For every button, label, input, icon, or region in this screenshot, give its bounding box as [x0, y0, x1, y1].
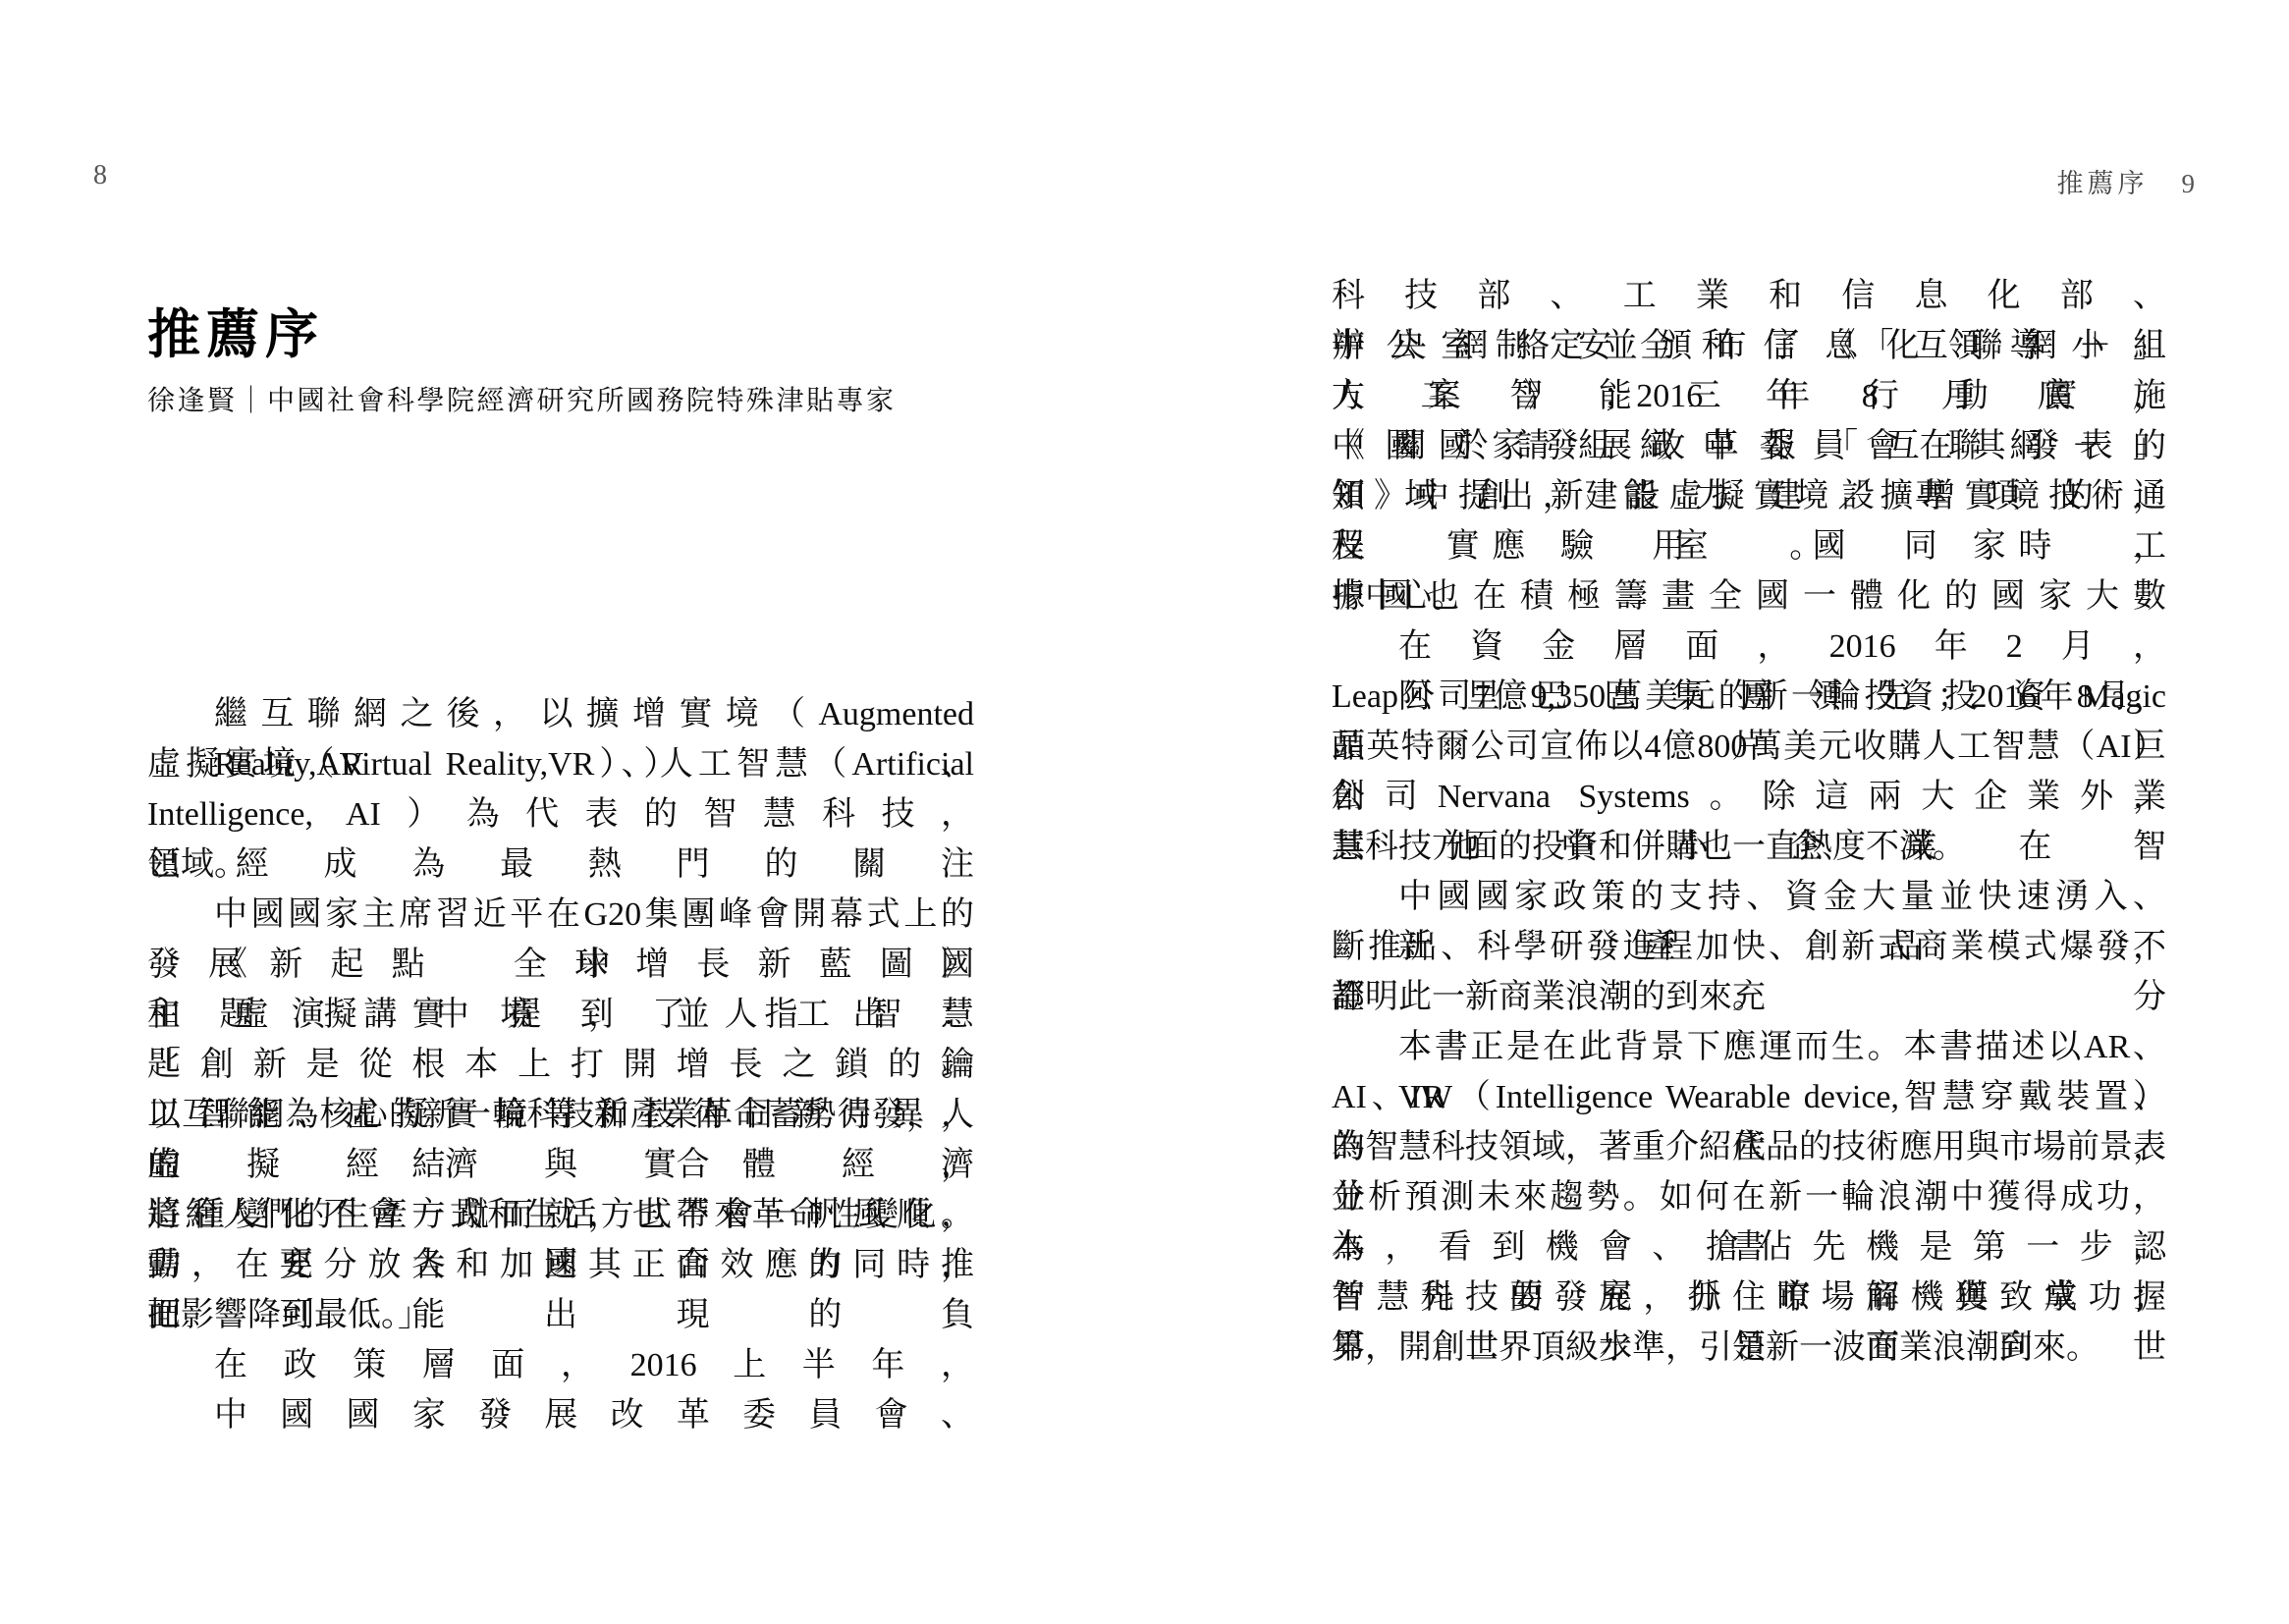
- text-line: 中國國家主席習近平在G20集團峰會開幕式上的《中國: [147, 890, 974, 940]
- text-line: 本書正是在此背景下應運而生。本書描述以AR、VR、: [1332, 1022, 2166, 1072]
- text-line: 公司Nervana Systems。除這兩大企業外，其他中小企業在智: [1332, 772, 2166, 822]
- text-line: 繼互聯網之後，以擴增實境（Augmented Reality,AR）、: [147, 689, 974, 739]
- right-running-head: 推薦序9: [1332, 162, 2195, 200]
- text-line: 為，看到機會、搶佔先機是第一步，首先要充分瞭解與掌握: [1332, 1222, 2166, 1272]
- text-line: 和虛擬實境，並指出：「創新是從根本上打開增長之鎖的鑰: [147, 990, 974, 1040]
- text-line: 科技部、工業和信息化部、中央網絡安全和信息化領導小組: [1332, 271, 2166, 321]
- text-line: 在政策層面，2016上半年，中國國家發展改革委員會、: [147, 1340, 974, 1390]
- text-line: 方案》；2016年8月底，中國國家發展改革委員會在其發表的: [1332, 371, 2166, 421]
- text-line: 中國國家政策的支持、資金大量並快速湧入、新產品不: [1332, 872, 2166, 922]
- text-line: 在資金層面，2016年2月，阿里巴巴集團領先投資Magic: [1332, 622, 2166, 672]
- right-page-number: 9: [2182, 169, 2196, 198]
- right-page-body: 科技部、工業和信息化部、中央網絡安全和信息化領導小組辦公室制定並頒布了《「互聯網…: [1332, 271, 2166, 1373]
- text-line: 辦公室制定並頒布了《「互聯網＋」人工智能三年行動實施: [1332, 321, 2166, 371]
- text-line: Leap公司7億9,350萬美元的新一輪投資；2016年8月，晶片巨: [1332, 672, 2166, 722]
- text-line: 智慧科技的發展，抓住市場商機獲致成功；第二步是面向世: [1332, 1272, 2166, 1323]
- text-line: 發展新起點 全球增長新藍圖》主題演講中提到了人工智慧: [147, 940, 974, 990]
- text-line: 知》中提出，建設虛擬實境／擴增實境技術，及應用國家工: [1332, 471, 2166, 521]
- text-line: 分析預測未來趨勢。如何在新一輪浪潮中獲得成功，本書認: [1332, 1172, 2166, 1222]
- left-page-body: 繼互聯網之後，以擴增實境（Augmented Reality,AR）、虛擬實境（…: [147, 689, 974, 1390]
- text-line: 動，在充分放大和加速其正面效應的同時，把可能出現的負: [147, 1240, 974, 1290]
- left-page-number: 8: [93, 160, 107, 191]
- text-line: 這種變化不會一蹴而就，也不會一帆風順，需要各國合力推: [147, 1190, 974, 1240]
- text-line: 界，開創世界頂級水準，引領新一波商業浪潮到來。: [1332, 1323, 2166, 1373]
- chapter-author-line: 徐逢賢｜中國社會科學院經濟研究所國務院特殊津貼專家: [147, 379, 897, 418]
- book-spread: 8 推薦序 徐逢賢｜中國社會科學院經濟研究所國務院特殊津貼專家 繼互聯網之後，以…: [0, 0, 2289, 1624]
- text-line: AI、IW（Intelligence Wearable device,智慧穿戴裝…: [1332, 1072, 2166, 1122]
- text-line: 頭英特爾公司宣佈以4億800萬美元收購人工智慧（AI）創業: [1332, 722, 2166, 772]
- text-line: 的結合，將給人們的生產方式和生活方式帶來革命性變化。: [147, 1140, 974, 1190]
- text-line: 工智能、虛擬實境等新技術日新月異，虛擬經濟與實體經濟: [147, 1090, 974, 1140]
- text-line: 虛擬實境（Virtual Reality,VR）、人工智慧（Artificial: [147, 739, 974, 789]
- text-line: 程實驗室。同時，中國也在積極籌畫全國一體化的國家大數: [1332, 521, 2166, 571]
- text-line: Intelligence, AI）為代表的智慧科技，已經成為最熱門的關注: [147, 789, 974, 839]
- text-line: 斷推出、科學研發進程加快、創新式商業模式爆發，都充分: [1332, 922, 2166, 972]
- text-line: 的智慧科技領域，著重介紹產品的技術應用與市場前景，並: [1332, 1122, 2166, 1172]
- chapter-title: 推薦序: [147, 293, 324, 368]
- text-line: 《關於請組織申報「互聯網＋」領域創新能力建設專項的通: [1332, 421, 2166, 471]
- text-line: 匙。以互聯網為核心的新一輪科技和產業革命蓄勢待發，人: [147, 1040, 974, 1090]
- running-head-title: 推薦序: [2057, 169, 2149, 198]
